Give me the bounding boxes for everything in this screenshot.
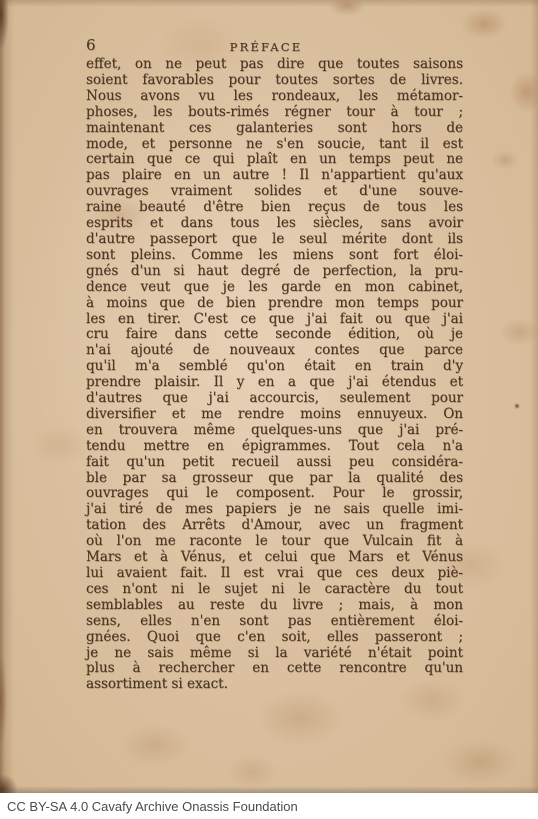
- text-line: gnées. Quoi que c'en soit, elles passero…: [86, 630, 463, 646]
- text-line: où l'on me raconte le tour que Vulcain f…: [86, 534, 463, 550]
- text-line: prendre plaisir. Il y en a que j'ai éten…: [86, 375, 463, 391]
- text-line: en trouvera même quelques-uns que j'ai p…: [86, 423, 463, 439]
- text-line: esprits et dans tous les siècles, sans a…: [86, 216, 463, 232]
- text-line: effet, on ne peut pas dire que toutes sa…: [86, 57, 463, 73]
- attribution-bar: CC BY-SA 4.0 Cavafy Archive Onassis Foun…: [0, 793, 538, 819]
- text-line: gnés d'un si haut degré de perfection, l…: [86, 264, 463, 280]
- text-line: d'autres que j'ai accourcis, seulement p…: [86, 391, 463, 407]
- text-line: je ne sais même si la variété n'était po…: [86, 646, 463, 662]
- body-text: effet, on ne peut pas dire que toutes sa…: [86, 57, 463, 693]
- attribution-text: CC BY-SA 4.0 Cavafy Archive Onassis Foun…: [7, 799, 298, 814]
- text-line: pas plaire en un autre ! Il n'appartient…: [86, 168, 463, 184]
- text-line: maintenant ces galanteries sont hors de: [86, 121, 463, 137]
- text-line: ces n'ont ni le sujet ni le caractère du…: [86, 582, 463, 598]
- text-line: dence veut que je les garde en mon cabin…: [86, 280, 463, 296]
- text-line: certain que ce qui plaît en un temps peu…: [86, 152, 463, 168]
- text-line: qu'il m'a semblé qu'on était en train d'…: [86, 359, 463, 375]
- scanned-book-page: 6 PRÉFACE effet, on ne peut pas dire que…: [0, 0, 538, 793]
- text-line: Nous avons vu les rondeaux, les métamor-: [86, 89, 463, 105]
- text-line: Mars et à Vénus, et celui que Mars et Vé…: [86, 550, 463, 566]
- text-line: d'autre passeport que le seul mérite don…: [86, 232, 463, 248]
- text-line: assortiment si exact.: [86, 677, 463, 693]
- text-line: les en tirer. C'est ce que j'ai fait ou …: [86, 312, 463, 328]
- text-line: soient favorables pour toutes sortes de …: [86, 73, 463, 89]
- text-line: ble par sa grosseur que par la qualité d…: [86, 471, 463, 487]
- text-line: raine beauté d'être bien reçus de tous l…: [86, 200, 463, 216]
- text-line: mode, et personne ne s'en soucie, tant i…: [86, 137, 463, 153]
- text-line: sont pleins. Comme les miens sont fort é…: [86, 248, 463, 264]
- text-line: fait qu'un petit recueil aussi peu consi…: [86, 455, 463, 471]
- text-line: ouvrages qui le composent. Pour le gross…: [86, 486, 463, 502]
- text-line: plus à rechercher en cette rencontre qu'…: [86, 661, 463, 677]
- text-line: tation des Arrêts d'Amour, avec un fragm…: [86, 518, 463, 534]
- text-line: lui avaient fait. Il est vrai que ces de…: [86, 566, 463, 582]
- text-line: semblables au reste du livre ; mais, à m…: [86, 598, 463, 614]
- text-line: phoses, les bouts-rimés régner tour à to…: [86, 105, 463, 121]
- running-title: PRÉFACE: [86, 40, 446, 54]
- text-line: j'ai tiré de mes papiers je ne sais quel…: [86, 502, 463, 518]
- text-line: n'ai ajouté de nouveaux contes que parce: [86, 343, 463, 359]
- text-line: sens, elles n'en sont pas entièrement él…: [86, 614, 463, 630]
- text-line: diversifier et me rendre moins ennuyeux.…: [86, 407, 463, 423]
- text-line: à moins que de bien prendre mon temps po…: [86, 296, 463, 312]
- text-line: ouvrages vraiment solides et d'une souve…: [86, 184, 463, 200]
- text-line: tendu mettre en épigrammes. Tout cela n'…: [86, 439, 463, 455]
- text-line: cru faire dans cette seconde édition, où…: [86, 327, 463, 343]
